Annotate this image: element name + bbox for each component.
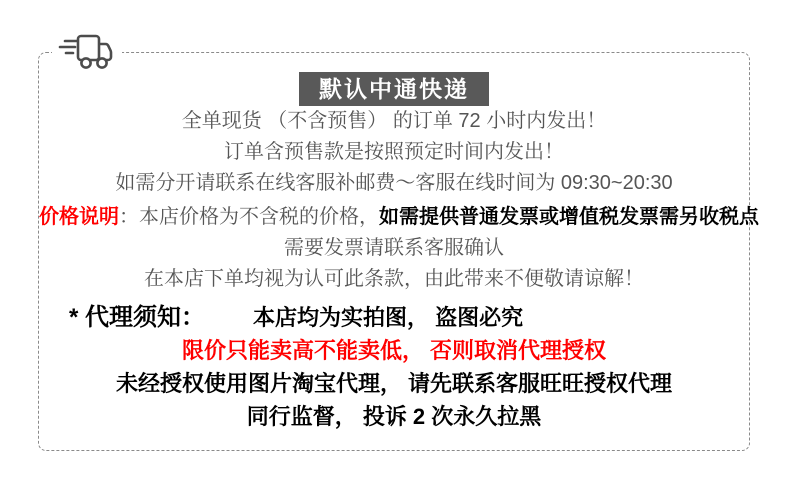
delivery-truck-icon [52,31,122,73]
price-note-plain-text: ：本店价格为不含税的价格， [119,206,379,228]
agent-price-limit-line: 限价只能卖高不能卖低， 否则取消代理授权 [39,334,749,367]
default-courier-banner: 默认中通快递 [299,72,489,106]
terms-acceptance-line: 在本店下单均视为认可此条款，由此带来不便敬请谅解！ [39,264,749,295]
agent-notice-real-photos: 本店均为实拍图， 盗图必究 [253,305,523,330]
agent-authorization-line: 未经授权使用图片淘宝代理， 请先联系客服旺旺授权代理 [39,367,749,400]
invoice-confirm-line: 需要发票请联系客服确认 [39,233,749,264]
price-note-bold-text: 如需提供普通发票或增值税发票需另收税点 [379,206,759,228]
price-note-line: 价格说明：本店价格为不含税的价格，如需提供普通发票或增值税发票需另收税点 [39,202,749,233]
shipping-line-presale: 订单含预售款是按照预定时间内发出！ [39,137,749,168]
shipping-line-in-stock: 全单现货 （不含预售） 的订单 72 小时内发出！ [39,106,749,137]
agent-blacklist-line: 同行监督， 投诉 2 次永久拉黑 [39,400,749,433]
shipping-line-service-hours: 如需分开请联系在线客服补邮费～客服在线时间为 09:30~20:30 [39,168,749,199]
agent-notice-line: * 代理须知：本店均为实拍图， 盗图必究 [39,301,749,334]
price-note-label: 价格说明 [39,206,119,228]
dashed-notice-box: 默认中通快递 全单现货 （不含预售） 的订单 72 小时内发出！ 订单含预售款是… [38,52,750,451]
store-notice-page: 默认中通快递 全单现货 （不含预售） 的订单 72 小时内发出！ 订单含预售款是… [0,0,790,490]
agent-notice-label: * 代理须知： [69,304,205,331]
